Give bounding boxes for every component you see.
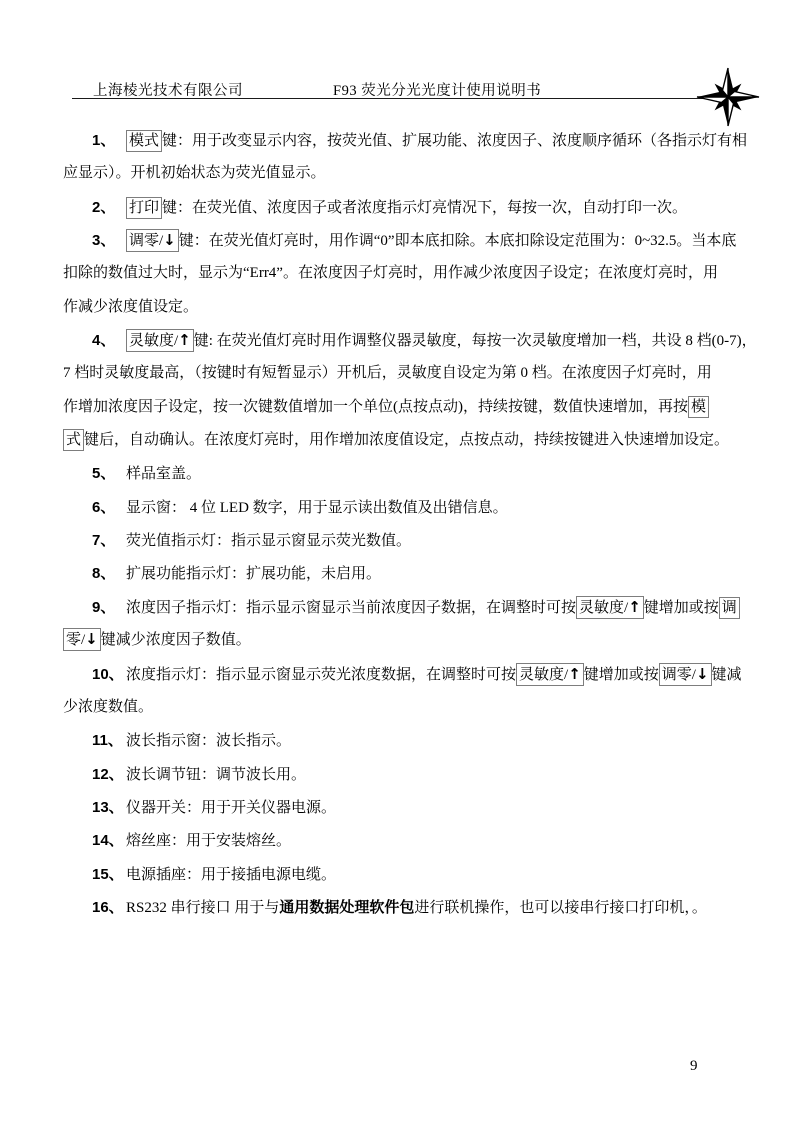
item-number: 1、 bbox=[92, 124, 126, 157]
text-segment: 键后，自动确认。在浓度灯亮时，用作增加浓度值设定，点按点动，持续按键进入快速增加… bbox=[84, 432, 729, 448]
up-arrow-icon: ↑ bbox=[178, 331, 191, 349]
text-line: 少浓度数值。 bbox=[63, 691, 743, 724]
key-button-label: 打印 bbox=[126, 197, 162, 219]
text-segment: 浓度因子指示灯：指示显示窗显示当前浓度因子数据，在调整时可按 bbox=[126, 600, 576, 616]
page-number: 9 bbox=[690, 1058, 698, 1075]
item-number: 6、 bbox=[92, 491, 126, 524]
down-arrow-icon: ↓ bbox=[85, 630, 98, 648]
text-segment: 波长指示窗：波长指示。 bbox=[126, 733, 291, 749]
text-segment: 键：在荧光值、浓度因子或者浓度指示灯亮情况下，每按一次，自动打印一次。 bbox=[162, 200, 687, 216]
text-line: 7、荧光值指示灯：指示显示窗显示荧光数值。 bbox=[63, 524, 743, 557]
text-line: 1、模式键：用于改变显示内容，按荧光值、扩展功能、浓度因子、浓度顺序循环（各指示… bbox=[63, 124, 743, 157]
item-number: 12、 bbox=[92, 758, 126, 791]
text-line: 作减少浓度值设定。 bbox=[63, 291, 743, 324]
item-number: 16、 bbox=[92, 891, 126, 924]
text-line: 15、电源插座：用于接插电源电缆。 bbox=[63, 858, 743, 891]
key-button-label: 调零/↓ bbox=[659, 663, 712, 686]
document-page: 上海棱光技术有限公司 F93 荧光分光光度计使用说明书 bbox=[0, 0, 793, 1122]
key-button-label: 模 bbox=[688, 396, 709, 418]
key-button-label: 调 bbox=[719, 597, 740, 619]
text-segment: 键减 bbox=[712, 667, 742, 683]
text-segment: 应显示）。开机初始状态为荧光值显示。 bbox=[63, 165, 326, 181]
item-number: 7、 bbox=[92, 524, 126, 557]
item-number: 10、 bbox=[92, 658, 126, 691]
text-segment: 扣除的数值过大时，显示为“Err4”。在浓度因子灯亮时，用作减少浓度因子设定；在… bbox=[63, 265, 718, 281]
text-segment: 键增加或按 bbox=[644, 600, 719, 616]
item-number: 13、 bbox=[92, 791, 126, 824]
down-arrow-icon: ↓ bbox=[696, 665, 709, 683]
text-segment: 7 档时灵敏度最高，（按键时有短暂显示）开机后，灵敏度自设定为第 0 档。在浓度… bbox=[63, 365, 712, 381]
text-line: 扣除的数值过大时，显示为“Err4”。在浓度因子灯亮时，用作减少浓度因子设定；在… bbox=[63, 257, 743, 290]
text-line: 11、波长指示窗：波长指示。 bbox=[63, 724, 743, 757]
item-number: 11、 bbox=[92, 724, 126, 757]
text-segment: 键: 在荧光值灯亮时用作调整仪器灵敏度，每按一次灵敏度增加一档，共设 8 档(0… bbox=[194, 333, 757, 349]
text-line: 应显示）。开机初始状态为荧光值显示。 bbox=[63, 157, 743, 190]
text-line: 8、扩展功能指示灯：扩展功能，未启用。 bbox=[63, 557, 743, 590]
key-button-label: 灵敏度/↑ bbox=[576, 596, 644, 619]
item-number: 3、 bbox=[92, 224, 126, 257]
key-button-label: 式 bbox=[63, 429, 84, 451]
content-lines: 1、模式键：用于改变显示内容，按荧光值、扩展功能、浓度因子、浓度顺序循环（各指示… bbox=[63, 124, 743, 924]
down-arrow-icon: ↓ bbox=[163, 231, 176, 249]
header-doc-title: F93 荧光分光光度计使用说明书 bbox=[333, 79, 541, 100]
text-line: 14、熔丝座：用于安装熔丝。 bbox=[63, 824, 743, 857]
text-segment: RS232 串行接口 用于与 bbox=[126, 900, 279, 916]
text-line: 7 档时灵敏度最高，（按键时有短暂显示）开机后，灵敏度自设定为第 0 档。在浓度… bbox=[63, 357, 743, 390]
text-line: 9、浓度因子指示灯：指示显示窗显示当前浓度因子数据，在调整时可按灵敏度/↑键增加… bbox=[63, 591, 743, 624]
item-number: 9、 bbox=[92, 591, 126, 624]
text-line: 6、显示窗： 4 位 LED 数字，用于显示读出数值及出错信息。 bbox=[63, 491, 743, 524]
key-button-label: 模式 bbox=[126, 130, 162, 152]
text-segment: 仪器开关：用于开关仪器电源。 bbox=[126, 800, 336, 816]
text-line: 2、打印键：在荧光值、浓度因子或者浓度指示灯亮情况下，每按一次，自动打印一次。 bbox=[63, 191, 743, 224]
item-number: 8、 bbox=[92, 557, 126, 590]
text-segment: 波长调节钮：调节波长用。 bbox=[126, 767, 306, 783]
key-button-label: 零/↓ bbox=[63, 628, 101, 651]
text-line: 式键后，自动确认。在浓度灯亮时，用作增加浓度值设定，点按点动，持续按键进入快速增… bbox=[63, 424, 743, 457]
text-segment: 浓度指示灯：指示显示窗显示荧光浓度数据，在调整时可按 bbox=[126, 667, 516, 683]
text-line: 零/↓键减少浓度因子数值。 bbox=[63, 624, 743, 657]
bold-text: 通用数据处理软件包 bbox=[279, 900, 414, 916]
item-number: 14、 bbox=[92, 824, 126, 857]
key-button-label: 灵敏度/↑ bbox=[126, 329, 194, 352]
item-number: 5、 bbox=[92, 457, 126, 490]
up-arrow-icon: ↑ bbox=[568, 665, 581, 683]
text-segment: 显示窗： 4 位 LED 数字，用于显示读出数值及出错信息。 bbox=[126, 500, 508, 516]
item-number: 2、 bbox=[92, 191, 126, 224]
up-arrow-icon: ↑ bbox=[628, 598, 641, 616]
text-line: 16、RS232 串行接口 用于与通用数据处理软件包进行联机操作，也可以接串行接… bbox=[63, 891, 743, 924]
item-number: 4、 bbox=[92, 324, 126, 357]
text-segment: 扩展功能指示灯：扩展功能，未启用。 bbox=[126, 566, 381, 582]
text-line: 12、波长调节钮：调节波长用。 bbox=[63, 758, 743, 791]
text-line: 作增加浓度因子设定，按一次键数值增加一个单位(点按点动)，持续按键，数值快速增加… bbox=[63, 391, 743, 424]
text-line: 13、仪器开关：用于开关仪器电源。 bbox=[63, 791, 743, 824]
text-segment: 键：用于改变显示内容，按荧光值、扩展功能、浓度因子、浓度顺序循环（各指示灯有相 bbox=[162, 133, 747, 149]
text-line: 10、浓度指示灯：指示显示窗显示荧光浓度数据，在调整时可按灵敏度/↑键增加或按调… bbox=[63, 658, 743, 691]
text-segment: 键增加或按 bbox=[584, 667, 659, 683]
text-segment: 键减少浓度因子数值。 bbox=[101, 632, 251, 648]
text-line: 4、灵敏度/↑键: 在荧光值灯亮时用作调整仪器灵敏度，每按一次灵敏度增加一档，共… bbox=[63, 324, 743, 357]
text-segment: 电源插座：用于接插电源电缆。 bbox=[126, 867, 336, 883]
item-number: 15、 bbox=[92, 858, 126, 891]
text-segment: 熔丝座：用于安装熔丝。 bbox=[126, 833, 291, 849]
text-segment: 少浓度数值。 bbox=[63, 699, 153, 715]
header-company-name: 上海棱光技术有限公司 bbox=[93, 79, 243, 100]
text-segment: 键：在荧光值灯亮时，用作调“0”即本底扣除。本底扣除设定范围为：0~32.5。当… bbox=[179, 233, 737, 249]
text-segment: 作增加浓度因子设定，按一次键数值增加一个单位(点按点动)，持续按键，数值快速增加… bbox=[63, 399, 688, 415]
text-line: 3、调零/↓键：在荧光值灯亮时，用作调“0”即本底扣除。本底扣除设定范围为：0~… bbox=[63, 224, 743, 257]
text-segment: 作减少浓度值设定。 bbox=[63, 299, 198, 315]
text-segment: 进行联机操作，也可以接串行接口打印机，。 bbox=[414, 900, 707, 916]
header-rule bbox=[72, 98, 704, 99]
text-segment: 荧光值指示灯：指示显示窗显示荧光数值。 bbox=[126, 533, 411, 549]
text-line: 5、样品室盖。 bbox=[63, 457, 743, 490]
text-segment: 样品室盖。 bbox=[126, 466, 201, 482]
key-button-label: 调零/↓ bbox=[126, 229, 179, 252]
key-button-label: 灵敏度/↑ bbox=[516, 663, 584, 686]
